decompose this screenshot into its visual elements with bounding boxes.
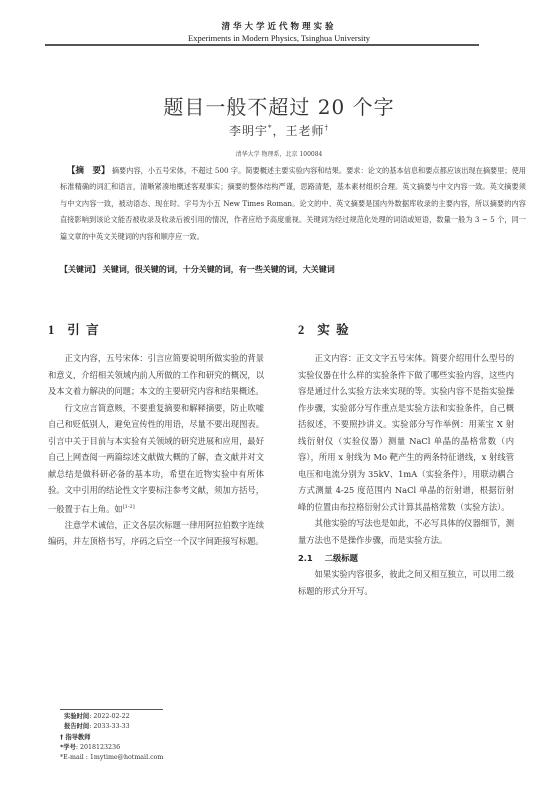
- running-head-english: Experiments in Modern Physics, Tsinghua …: [0, 33, 558, 43]
- keywords-label: 【关键词】: [60, 265, 100, 274]
- subsection-title: 二级标题: [325, 553, 358, 563]
- section-number: 1: [48, 323, 55, 337]
- citation: [1-2]: [123, 504, 135, 510]
- section-title: 实 验: [317, 322, 349, 337]
- footnote-student-id: *学号: 2018123236: [60, 743, 163, 753]
- running-head-chinese: 清华大学近代物理实验: [0, 22, 558, 33]
- section-heading-introduction: 1引 言: [48, 320, 264, 350]
- right-column: 2实 验 正文内容：正文文字五号宋体。简要介绍用什么型号的实验仪器在什么样的实验…: [298, 320, 514, 599]
- section-number: 2: [298, 323, 305, 337]
- paragraph-text: 行文应言简意赅，不要重复摘要和解释摘要，防止吹嘘自己和贬低别人，避免宣传性的用语…: [48, 403, 264, 514]
- left-column: 1引 言 正文内容，五号宋体：引言应简要说明所做实验的背景和意义，介绍相关领域内…: [48, 320, 264, 550]
- paragraph: 正文内容，五号宋体：引言应简要说明所做实验的背景和意义，介绍相关领域内前人所做的…: [48, 350, 264, 400]
- header-rule: [45, 44, 479, 46]
- paragraph: 行文应言简意赅，不要重复摘要和解释摘要，防止吹嘘自己和贬低别人，避免宣传性的用语…: [48, 400, 264, 517]
- subsection-heading: 2.1二级标题: [298, 550, 514, 566]
- footnote-rule: [60, 709, 163, 710]
- abstract-label: 【摘 要】: [67, 166, 110, 176]
- paragraph: 如果实验内容很多，彼此之间又相互独立，可以用二级标题的形式分开写。: [298, 566, 514, 599]
- abstract: 【摘 要】 摘要内容，小五号宋体，不超过 500 字。简要概述主要实验内容和结果…: [60, 163, 526, 245]
- keywords: 【关键词】 关键词，很关键的词，十分关键的词，有一些关键的词，大关键词: [60, 264, 526, 275]
- abstract-text: 摘要内容，小五号宋体，不超过 500 字。简要概述主要实验内容和结果。要求：论文…: [60, 166, 526, 241]
- footnote-report-date: 报告时间: 2033-33-33: [60, 722, 163, 732]
- author-name: 李明宇: [229, 124, 268, 138]
- advisor-footnote-mark: †: [325, 124, 330, 132]
- affiliation: 清华大学 物理系，北京 100084: [0, 149, 558, 158]
- running-head: 清华大学近代物理实验 Experiments in Modern Physics…: [0, 22, 558, 43]
- paragraph: 其他实验的写法也是如此，不必写具体的仪器细节，测量方法也不是操作步骤，而是实验方…: [298, 515, 514, 548]
- paragraph: 注意学术诚信，正文各层次标题一律用阿拉伯数字连续编码，并左顶格书写，序码之后空一…: [48, 517, 264, 550]
- footnote-exp-date: 实验时间: 2022-02-22: [60, 712, 163, 722]
- footnote-advisor: † 指导教师: [60, 733, 163, 743]
- paper-title: 题目一般不超过 20 个字: [0, 91, 558, 120]
- subsection-number: 2.1: [298, 553, 313, 563]
- advisor-name: 王老师: [286, 124, 325, 138]
- author-line: 李明宇*，王老师†: [0, 122, 558, 139]
- footnotes: 实验时间: 2022-02-22 报告时间: 2033-33-33 † 指导教师…: [60, 712, 163, 763]
- author-separator: ，: [272, 124, 285, 138]
- section-title: 引 言: [67, 322, 99, 337]
- section-heading-experiment: 2实 验: [298, 320, 514, 350]
- footnote-email: *E-mail : 1mytime@hotmail.com: [60, 753, 163, 763]
- keywords-text: 关键词，很关键的词，十分关键的词，有一些关键的词，大关键词: [103, 265, 335, 274]
- paragraph: 正文内容：正文文字五号宋体。简要介绍用什么型号的实验仪器在什么样的实验条件下做了…: [298, 350, 514, 515]
